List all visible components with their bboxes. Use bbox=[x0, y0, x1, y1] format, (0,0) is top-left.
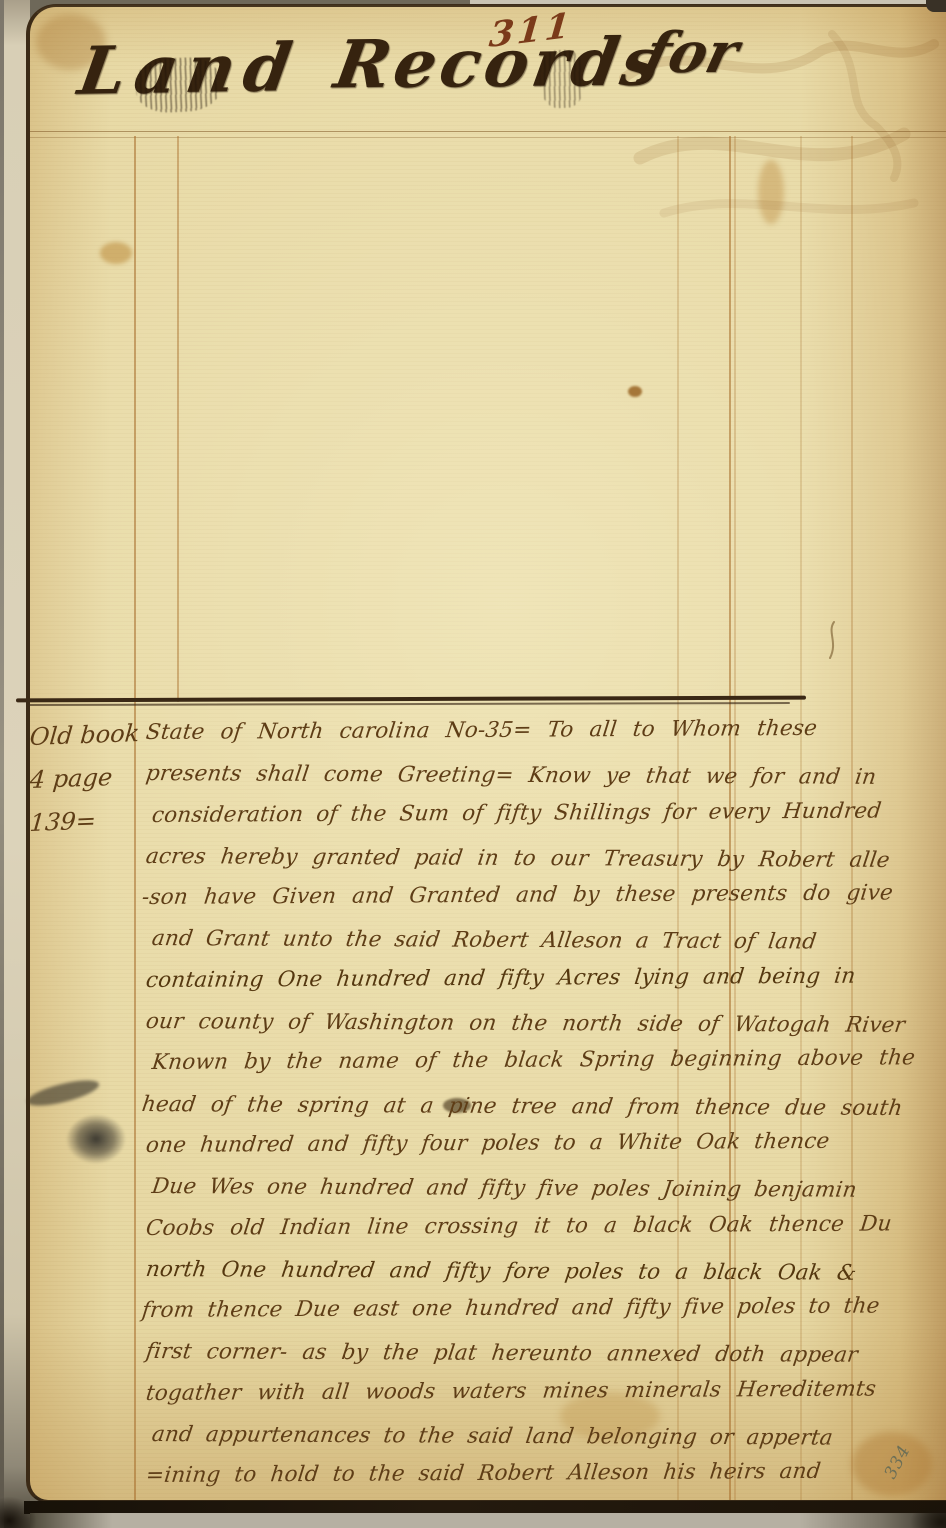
record-line: State of North carolina No-35= To all to… bbox=[144, 707, 941, 753]
scan-top-corner bbox=[926, 0, 946, 12]
record-line: Known by the name of the black Spring be… bbox=[150, 1038, 941, 1084]
header-rule-line bbox=[28, 131, 946, 138]
record-line: containing One hundred and fifty Acres l… bbox=[144, 955, 941, 1001]
scan-edge bbox=[0, 0, 4, 1528]
scan-top-sliver bbox=[470, 0, 946, 4]
header-word-land: Land bbox=[73, 28, 305, 110]
record-line: from thence Due east one hundred and fif… bbox=[140, 1285, 941, 1331]
header-word-for: for bbox=[638, 20, 745, 86]
record-body: State of North carolina No-35= To all to… bbox=[146, 712, 938, 1497]
ledger-page-scan: Land Records 311 for Old book 4 page 139… bbox=[0, 0, 946, 1528]
record-line: one hundred and fifty four poles to a Wh… bbox=[144, 1120, 941, 1166]
record-line: Coobs old Indian line crossing it to a b… bbox=[144, 1203, 941, 1249]
record-line: consideration of the Sum of fifty Shilli… bbox=[150, 790, 941, 836]
margin-note-line: 4 page bbox=[28, 755, 144, 802]
margin-note-line: Old book bbox=[28, 712, 144, 759]
margin-note-line: 139= bbox=[28, 798, 144, 845]
bottom-corner-shadow-left bbox=[0, 1492, 46, 1528]
under-pages-edge bbox=[30, 1513, 946, 1528]
margin-note: Old book 4 page 139= bbox=[30, 714, 142, 843]
column-rule-margin-2 bbox=[177, 136, 179, 702]
record-line: =ining to hold to the said Robert Alleso… bbox=[144, 1451, 941, 1497]
bottom-corner-shadow-right bbox=[900, 1498, 946, 1528]
record-line: togather with all woods waters mines min… bbox=[144, 1368, 941, 1414]
record-line: -son have Given and Granted and by these… bbox=[140, 872, 941, 918]
book-binding-strip bbox=[0, 0, 30, 1528]
